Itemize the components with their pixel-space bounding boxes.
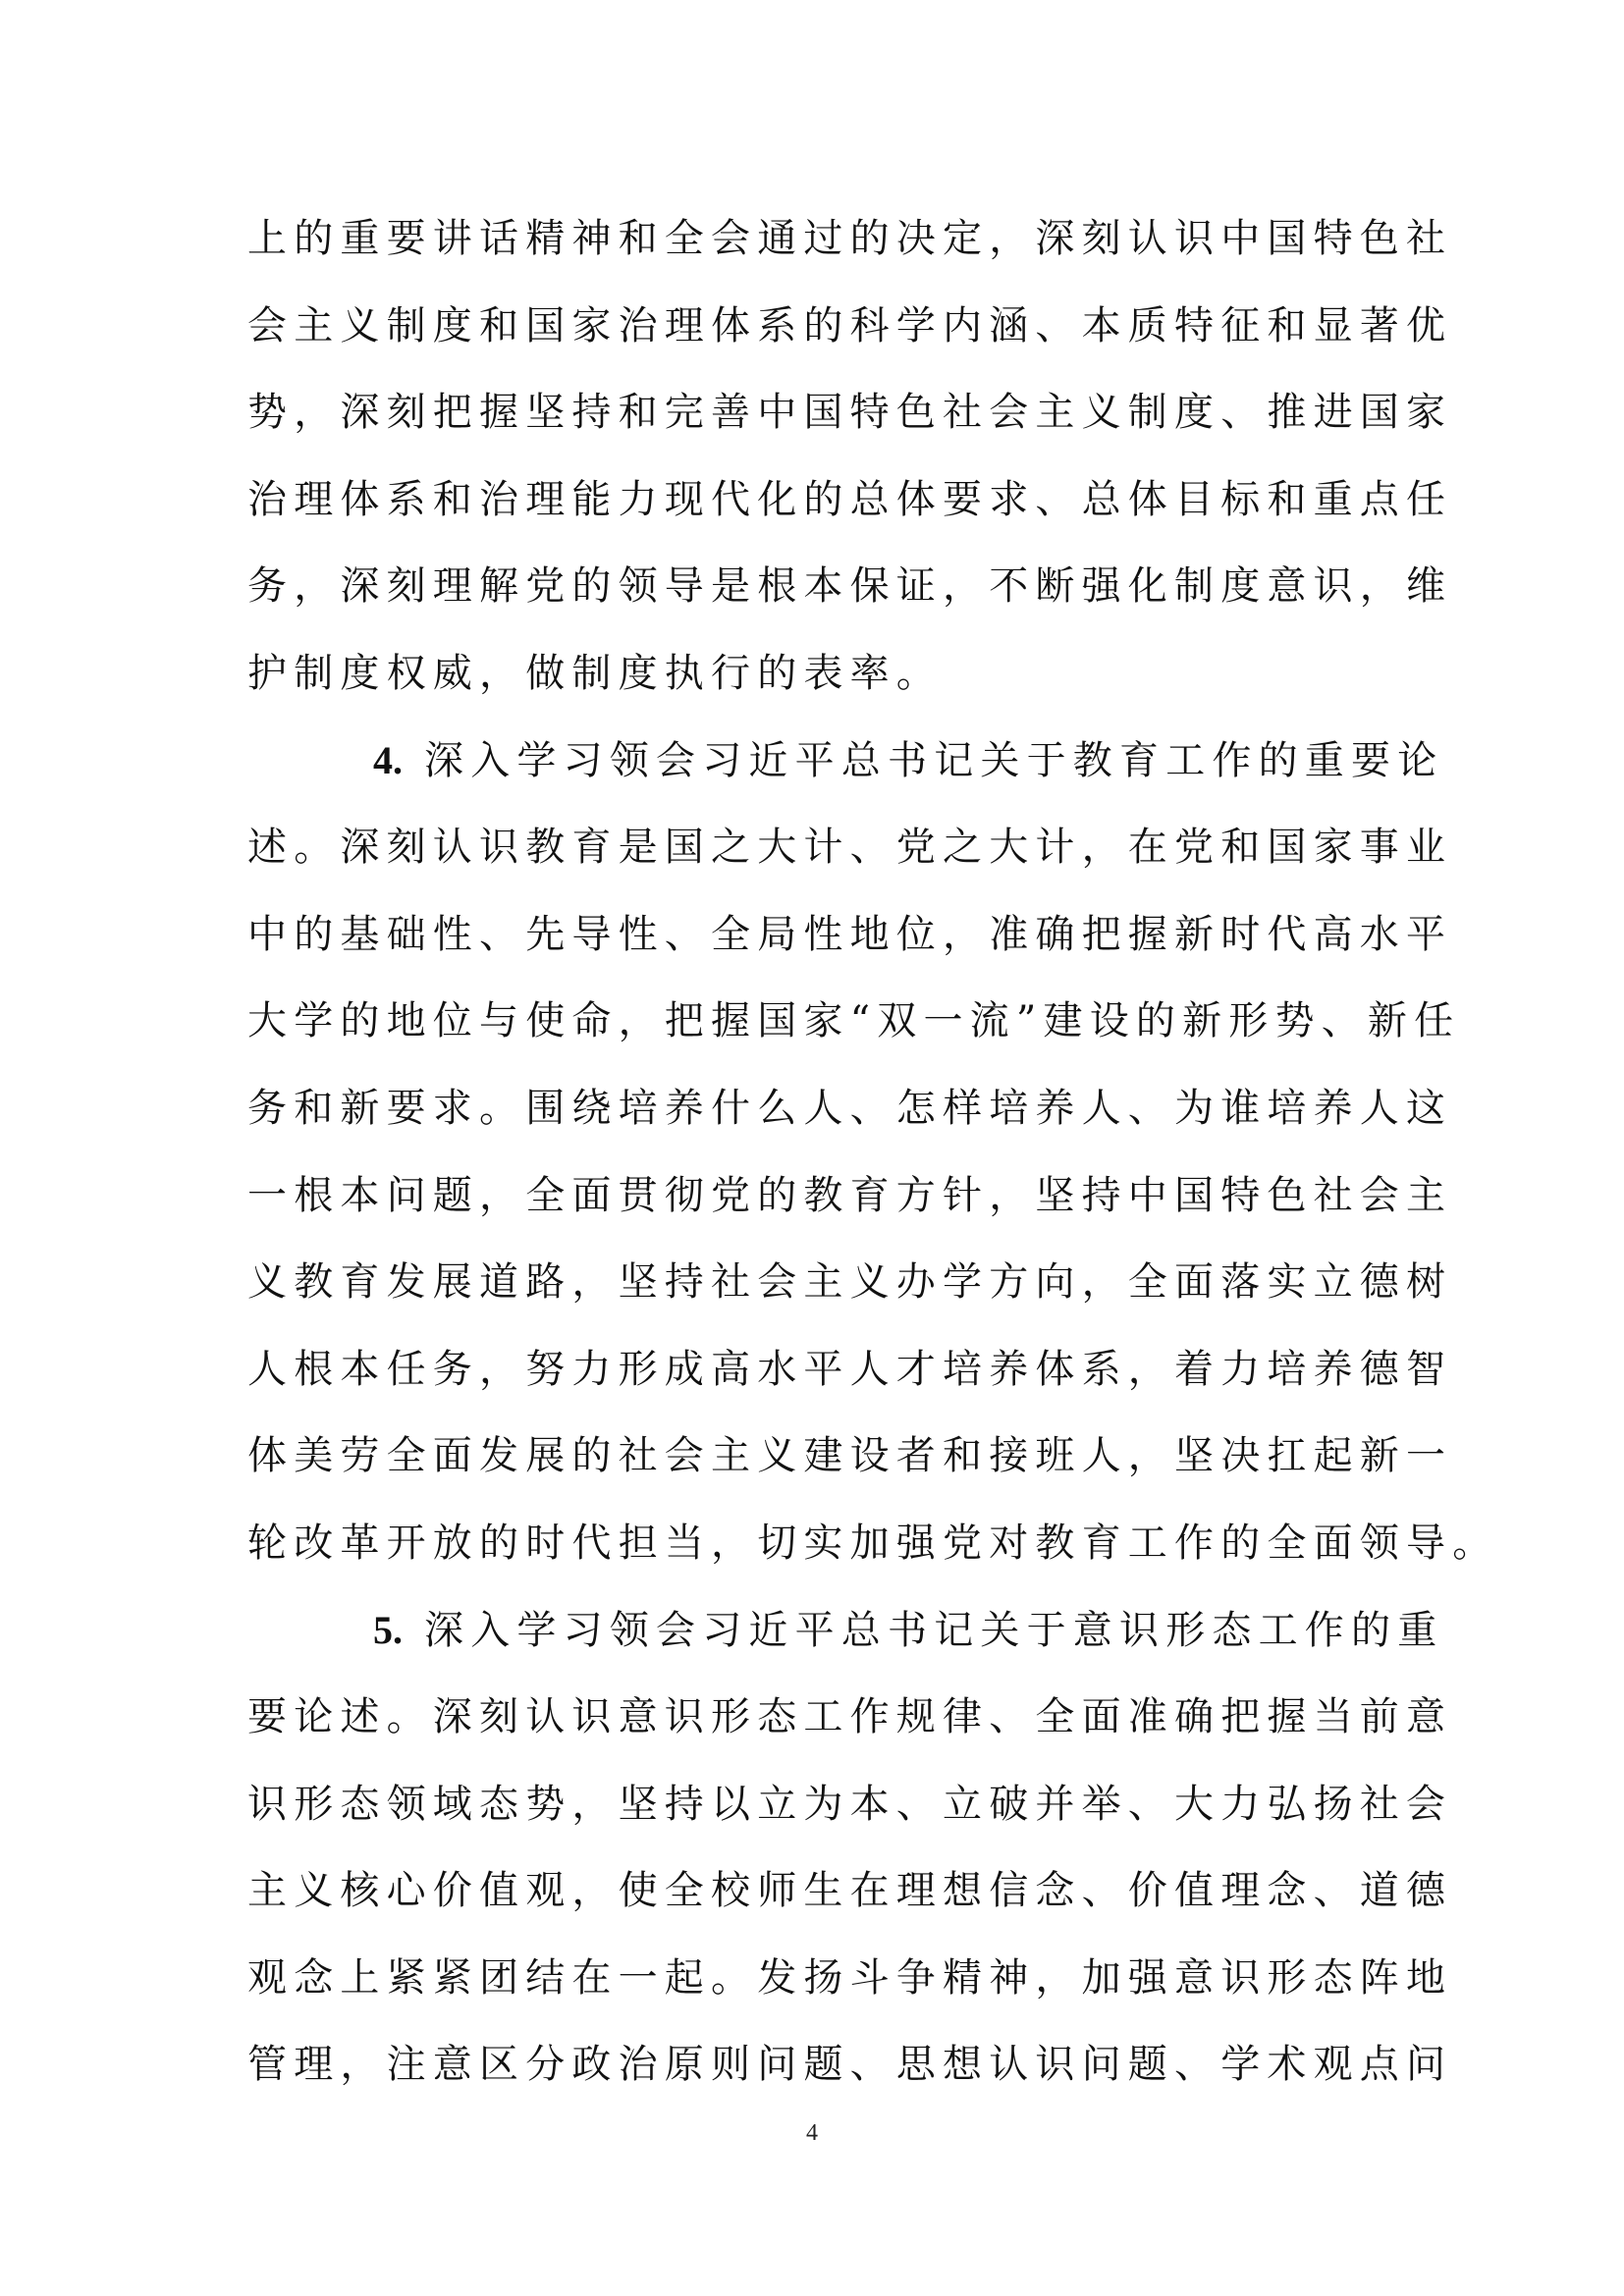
text-line: 务，深刻理解党的领导是根本保证，不断强化制度意识，维 bbox=[247, 543, 1386, 630]
text-line: 述。深刻认识教育是国之大计、党之大计，在党和国家事业 bbox=[247, 804, 1386, 891]
text-line: 务和新要求。围绕培养什么人、怎样培养人、为谁培养人这 bbox=[247, 1065, 1386, 1152]
text-line: 轮改革开放的时代担当，切实加强党对教育工作的全面领导。 bbox=[247, 1500, 1386, 1587]
section-number: 5. bbox=[373, 1608, 403, 1652]
text-line: 会主义制度和国家治理体系的科学内涵、本质特征和显著优 bbox=[247, 283, 1386, 370]
document-page: 上的重要讲话精神和全会通过的决定，深刻认识中国特色社 会主义制度和国家治理体系的… bbox=[0, 0, 1624, 2296]
section-number: 4. bbox=[373, 738, 403, 782]
page-number: 4 bbox=[0, 2120, 1624, 2147]
text-line: 大学的地位与使命，把握国家“双一流”建设的新形势、新任 bbox=[247, 978, 1386, 1065]
text-line: 上的重要讲话精神和全会通过的决定，深刻认识中国特色社 bbox=[247, 195, 1386, 283]
text-line: 观念上紧紧团结在一起。发扬斗争精神，加强意识形态阵地 bbox=[247, 1935, 1386, 2022]
text-line: 体美劳全面发展的社会主义建设者和接班人，坚决扛起新一 bbox=[247, 1413, 1386, 1500]
text-line: 治理体系和治理能力现代化的总体要求、总体目标和重点任 bbox=[247, 456, 1386, 544]
text-line: 中的基础性、先导性、全局性地位，准确把握新时代高水平 bbox=[247, 891, 1386, 979]
text-line: 人根本任务，努力形成高水平人才培养体系，着力培养德智 bbox=[247, 1326, 1386, 1414]
text-line: 识形态领域态势，坚持以立为本、立破并举、大力弘扬社会 bbox=[247, 1761, 1386, 1848]
text-line: 要论述。深刻认识意识形态工作规律、全面准确把握当前意 bbox=[247, 1674, 1386, 1761]
text-line: 势，深刻把握坚持和完善中国特色社会主义制度、推进国家 bbox=[247, 369, 1386, 456]
text-line: 一根本问题，全面贯彻党的教育方针，坚持中国特色社会主 bbox=[247, 1152, 1386, 1240]
text-line: 义教育发展道路，坚持社会主义办学方向，全面落实立德树 bbox=[247, 1239, 1386, 1326]
text-line: 主义核心价值观，使全校师生在理想信念、价值理念、道德 bbox=[247, 1847, 1386, 1935]
section-heading-line: 5.深入学习领会习近平总书记关于意识形态工作的重 bbox=[247, 1587, 1386, 1675]
body-text: 上的重要讲话精神和全会通过的决定，深刻认识中国特色社 会主义制度和国家治理体系的… bbox=[247, 195, 1386, 2109]
section-heading-line: 4.深入学习领会习近平总书记关于教育工作的重要论 bbox=[247, 718, 1386, 805]
text-line: 管理，注意区分政治原则问题、思想认识问题、学术观点问 bbox=[247, 2021, 1386, 2109]
text-line: 护制度权威，做制度执行的表率。 bbox=[247, 630, 1386, 718]
